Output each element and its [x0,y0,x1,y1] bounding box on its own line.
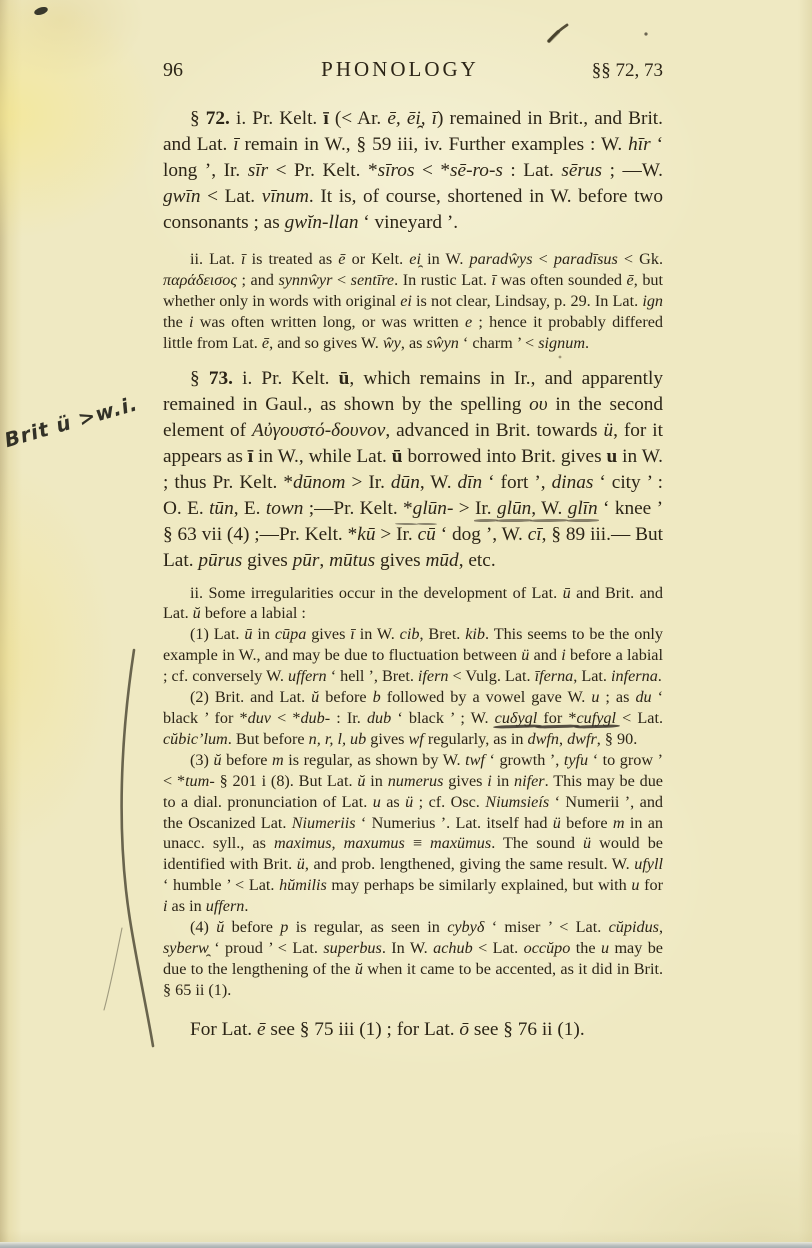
page-number: 96 [163,59,233,82]
paragraph-73-ii-4: (4) ŭ before p is regular, as seen in cy… [163,917,663,1001]
scanned-book-page: 96 PHONOLOGY §§ 72, 73 § 72. i. Pr. Kelt… [0,0,812,1248]
paragraph-73-ii-1: (1) Lat. ū in cūpa gives ī in W. cib, Br… [163,624,663,687]
paragraph-73-ii-3: (3) ŭ before m is regular, as shown by W… [163,750,663,917]
section-range: §§ 72, 73 [567,60,663,82]
margin-pencil-tick [104,928,122,1010]
paragraph-72-i: § 72. i. Pr. Kelt. ī (< Ar. ē, ēi̯, ī) r… [163,106,663,236]
text-column: 96 PHONOLOGY §§ 72, 73 § 72. i. Pr. Kelt… [163,57,663,1043]
running-title: PHONOLOGY [233,57,567,82]
margin-pencil-line [122,650,153,1046]
page-header: 96 PHONOLOGY §§ 72, 73 [163,57,663,82]
pen-slash [549,25,567,41]
paragraph-73-i: § 73. i. Pr. Kelt. ū, which remains in I… [163,366,663,574]
ink-dot [644,32,647,35]
ink-blob [33,5,49,16]
page-bottom-edge [0,1242,812,1248]
pen-slash-thick-end [549,32,558,41]
paragraph-72-ii: ii. Lat. ī is treated as ē or Kelt. ei̯ … [163,249,663,354]
handwritten-margin-note: Brit ü >w.i. [2,388,153,452]
paragraph-73-ii-intro: ii. Some irregularities occur in the dev… [163,583,663,625]
paragraph-73-ii-2: (2) Brit. and Lat. ŭ before b followed b… [163,687,663,750]
paragraph-cross-reference: For Lat. ē see § 75 iii (1) ; for Lat. ō… [163,1017,663,1043]
